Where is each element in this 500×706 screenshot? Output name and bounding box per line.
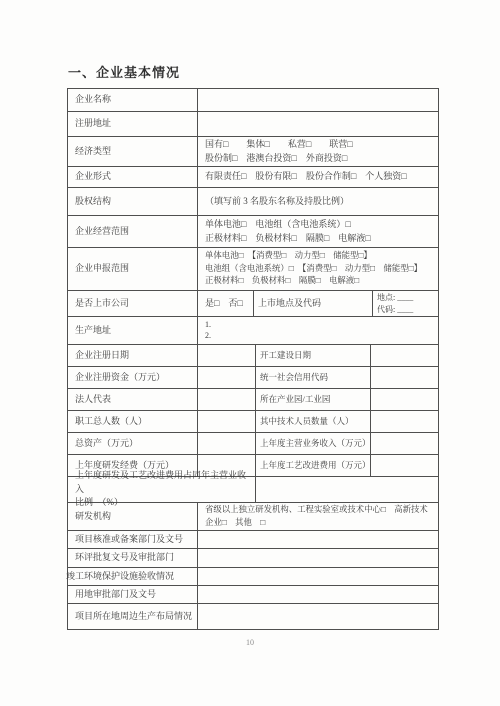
- row-legal-representative: 法人代表 所在产业园/工业园: [68, 389, 438, 411]
- credit-code-label: 统一社会信用代码: [256, 367, 371, 388]
- document-page: 一、企业基本情况 企业名称 注册地址 经济类型 国有□ 集体□ 私营□ 联营□ …: [0, 0, 500, 706]
- registration-date-label: 企业注册日期: [68, 345, 198, 366]
- row-equity-structure: 股权结构 （填写前 3 名股东名称及持股比例）: [68, 188, 438, 216]
- surrounding-layout-value: [198, 604, 438, 629]
- row-registration-date: 企业注册日期 开工建设日期: [68, 345, 438, 367]
- surrounding-layout-label: 项目所在地周边生产布局情况: [68, 604, 198, 629]
- row-enterprise-form: 企业形式 有限责任□ 股份有限□ 股份合作制□ 个人独资□: [68, 167, 438, 188]
- economic-type-options: 国有□ 集体□ 私营□ 联营□ 股份制□ 港澳台投资□ 外商投资□: [198, 137, 438, 166]
- row-production-address: 生产地址 1. 2.: [68, 317, 438, 345]
- env-acceptance-value: [198, 568, 438, 585]
- rd-institution-options: 省级以上独立研发机构、工程实验室或技术中心□ 高新技术 企业□ 其他 □: [198, 503, 438, 530]
- row-land-approval: 用地审批部门及文号: [68, 586, 438, 604]
- economic-type-options-line2: 股份制□ 港澳台投资□ 外商投资□: [205, 152, 433, 166]
- row-registered-capital: 企业注册资金（万元） 统一社会信用代码: [68, 367, 438, 389]
- row-env-acceptance: 竣工环境保护设施验收情况: [68, 568, 438, 586]
- main-revenue-label: 上年度主营业务收入（万元）: [256, 433, 371, 454]
- application-scope-line1: 单体电池□ 【消费型□ 动力型□ 储能型□】: [205, 250, 436, 263]
- production-address-label: 生产地址: [68, 317, 198, 344]
- enterprise-form-label: 企业形式: [68, 167, 198, 187]
- rd-ratio-label: 上年度研发及工艺改进费用占同年主营业收入 比例 （%）: [68, 477, 256, 502]
- application-scope-label: 企业申报范围: [68, 248, 198, 290]
- row-application-scope: 企业申报范围 单体电池□ 【消费型□ 动力型□ 储能型□】 电池组（含电池系统）…: [68, 248, 438, 291]
- main-revenue-value: [371, 433, 438, 454]
- row-rd-institution: 研发机构 省级以上独立研发机构、工程实验室或技术中心□ 高新技术 企业□ 其他 …: [68, 503, 438, 531]
- enterprise-info-table: 企业名称 注册地址 经济类型 国有□ 集体□ 私营□ 联营□ 股份制□ 港澳台投…: [67, 88, 439, 630]
- application-scope-options: 单体电池□ 【消费型□ 动力型□ 储能型□】 电池组（含电池系统）□ 【消费型□…: [198, 248, 438, 290]
- company-name-label: 企业名称: [68, 89, 198, 111]
- project-approval-value: [198, 531, 438, 548]
- row-listed-company: 是否上市公司 是□ 否□ 上市地点及代码 地点: ____ 代码: ____: [68, 291, 438, 317]
- row-eia-approval: 环评批复文号及审批部门: [68, 549, 438, 568]
- production-address-line1: 1.: [205, 320, 433, 331]
- industrial-park-value: [371, 389, 438, 410]
- row-rd-ratio: 上年度研发及工艺改进费用占同年主营业收入 比例 （%）: [68, 477, 438, 503]
- registered-address-label: 注册地址: [68, 112, 198, 136]
- rd-institution-line1: 省级以上独立研发机构、工程实验室或技术中心□ 高新技术: [205, 504, 436, 517]
- row-staff-count: 职工总人数（人） 其中技术人员数量（人）: [68, 411, 438, 433]
- legal-representative-value: [198, 389, 256, 410]
- listing-place-value: 地点: ____ 代码: ____: [373, 291, 438, 316]
- business-scope-line2: 正极材料□ 负极材料□ 隔膜□ 电解液□: [205, 232, 433, 246]
- application-scope-line3: 正极材料□ 负极材料□ 隔膜□ 电解液□: [205, 275, 436, 288]
- row-total-assets: 总资产（万元） 上年度主营业务收入（万元）: [68, 433, 438, 455]
- env-acceptance-label: 竣工环境保护设施验收情况: [68, 568, 198, 585]
- process-improvement-label: 上年度工艺改进费用（万元）: [256, 455, 371, 476]
- economic-type-label: 经济类型: [68, 137, 198, 166]
- registered-address-value: [198, 112, 438, 136]
- land-approval-label: 用地审批部门及文号: [68, 586, 198, 603]
- equity-structure-hint: （填写前 3 名股东名称及持股比例）: [198, 188, 438, 215]
- technical-staff-value: [371, 411, 438, 432]
- process-improvement-value: [371, 455, 438, 476]
- application-scope-line2: 电池组（含电池系统）□ 【消费型□ 动力型□ 储能型□】: [205, 263, 436, 276]
- production-address-value: 1. 2.: [198, 317, 438, 344]
- legal-representative-label: 法人代表: [68, 389, 198, 410]
- enterprise-form-options: 有限责任□ 股份有限□ 股份合作制□ 个人独资□: [198, 167, 438, 187]
- rd-ratio-value: [256, 477, 438, 502]
- business-scope-line1: 单体电池□ 电池组（含电池系统）□: [205, 218, 433, 232]
- page-number: 10: [0, 638, 500, 647]
- listing-place-label: 上市地点及代码: [254, 291, 373, 316]
- row-business-scope: 企业经营范围 单体电池□ 电池组（含电池系统）□ 正极材料□ 负极材料□ 隔膜□…: [68, 216, 438, 248]
- total-assets-value: [198, 433, 256, 454]
- construction-start-label: 开工建设日期: [256, 345, 371, 366]
- registration-date-value: [198, 345, 256, 366]
- listing-code-line: 代码: ____: [377, 304, 433, 315]
- rd-institution-label: 研发机构: [68, 503, 198, 530]
- total-assets-label: 总资产（万元）: [68, 433, 198, 454]
- eia-approval-value: [198, 549, 438, 567]
- row-company-name: 企业名称: [68, 89, 438, 112]
- technical-staff-label: 其中技术人员数量（人）: [256, 411, 371, 432]
- listed-company-options: 是□ 否□: [198, 291, 254, 316]
- economic-type-options-line1: 国有□ 集体□ 私营□ 联营□: [205, 138, 433, 152]
- equity-structure-label: 股权结构: [68, 188, 198, 215]
- rd-institution-line2: 企业□ 其他 □: [205, 517, 436, 530]
- production-address-line2: 2.: [205, 331, 433, 342]
- row-surrounding-layout: 项目所在地周边生产布局情况: [68, 604, 438, 629]
- row-project-approval: 项目核准或备案部门及文号: [68, 531, 438, 549]
- registered-capital-value: [198, 367, 256, 388]
- project-approval-label: 项目核准或备案部门及文号: [68, 531, 198, 548]
- eia-approval-label: 环评批复文号及审批部门: [68, 549, 198, 567]
- row-economic-type: 经济类型 国有□ 集体□ 私营□ 联营□ 股份制□ 港澳台投资□ 外商投资□: [68, 137, 438, 167]
- credit-code-value: [371, 367, 438, 388]
- staff-count-value: [198, 411, 256, 432]
- business-scope-options: 单体电池□ 电池组（含电池系统）□ 正极材料□ 负极材料□ 隔膜□ 电解液□: [198, 216, 438, 247]
- company-name-value: [198, 89, 438, 111]
- industrial-park-label: 所在产业园/工业园: [256, 389, 371, 410]
- land-approval-value: [198, 586, 438, 603]
- listing-location-line: 地点: ____: [377, 292, 433, 303]
- business-scope-label: 企业经营范围: [68, 216, 198, 247]
- section-title: 一、企业基本情况: [68, 62, 180, 81]
- staff-count-label: 职工总人数（人）: [68, 411, 198, 432]
- construction-start-value: [371, 345, 438, 366]
- listed-company-label: 是否上市公司: [68, 291, 198, 316]
- row-registered-address: 注册地址: [68, 112, 438, 137]
- rd-ratio-label-line1: 上年度研发及工艺改进费用占同年主营业收入: [75, 469, 250, 496]
- registered-capital-label: 企业注册资金（万元）: [68, 367, 198, 388]
